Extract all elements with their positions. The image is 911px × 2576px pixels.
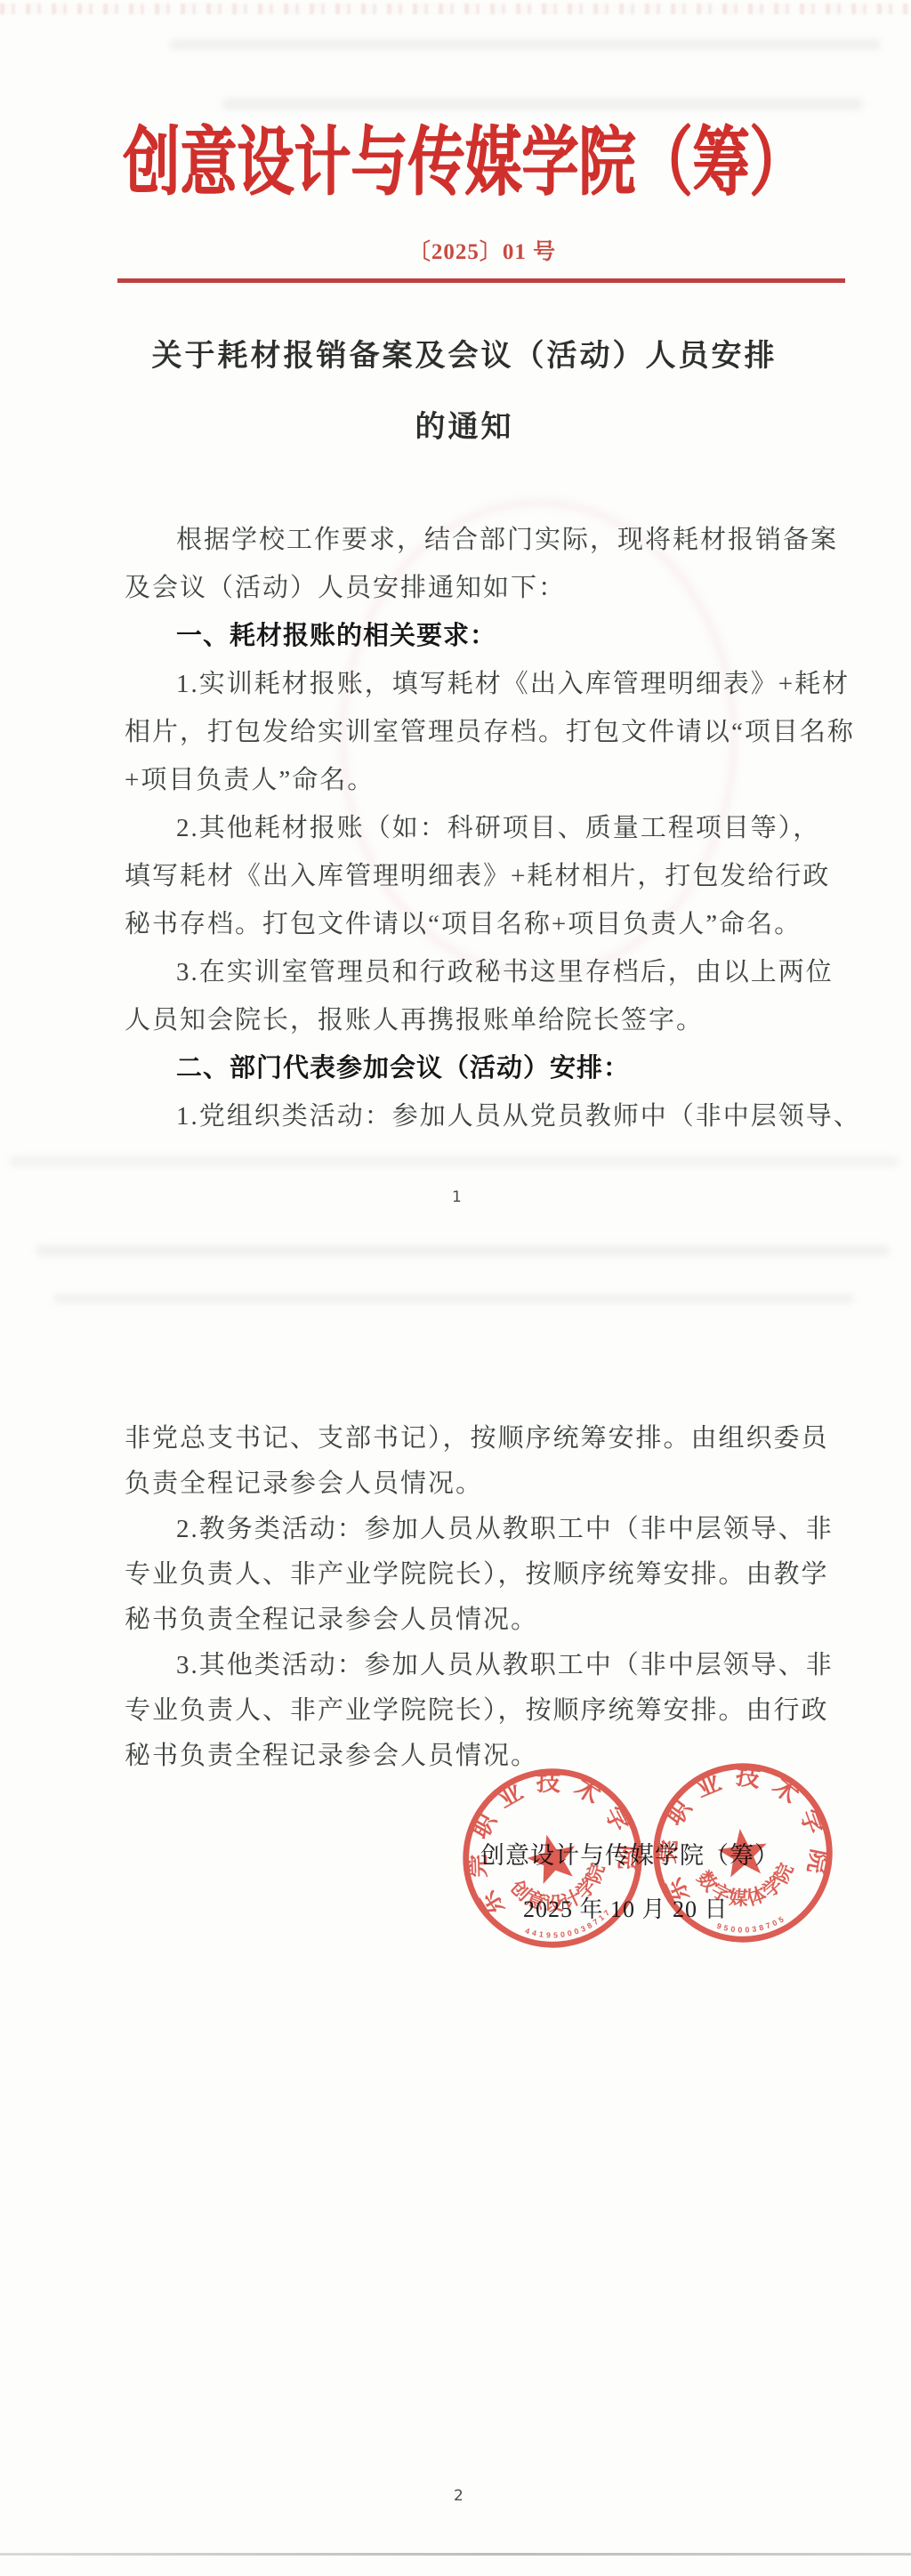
body-line: 非党总支书记、支部书记），按顺序统筹安排。由组织委员 bbox=[125, 1423, 829, 1453]
body-line: 1.实训耗材报账，填写耗材《出入库管理明细表》+耗材 bbox=[176, 669, 850, 699]
scan-smudge bbox=[53, 1294, 854, 1303]
letterhead-org-title: 创意设计与传媒学院（筹） bbox=[18, 125, 911, 199]
document-canvas: 创意设计与传媒学院（筹） 〔2025〕01 号 关于耗材报销备案及会议（活动）人… bbox=[0, 0, 911, 2576]
body-line: 秘书负责全程记录参会人员情况。 bbox=[125, 1741, 538, 1771]
body-line: 1.党组织类活动：参加人员从党员教师中（非中层领导、 bbox=[176, 1101, 861, 1131]
scan-smudge bbox=[222, 98, 863, 110]
body-line: 2.教务类活动：参加人员从教职工中（非中层领导、非 bbox=[176, 1514, 834, 1544]
body-line: 2.其他耗材报账（如：科研项目、质量工程项目等）， bbox=[176, 813, 820, 843]
body-line: 相片，打包发给实训室管理员存档。打包文件请以“项目名称 bbox=[125, 717, 855, 747]
official-stamp-digital-media: 东莞职业技术学院 数字媒体学院 9500038705 bbox=[637, 1747, 849, 1959]
body-line: 3.其他类活动：参加人员从教职工中（非中层领导、非 bbox=[176, 1650, 834, 1680]
scan-smudge bbox=[36, 1245, 890, 1256]
scan-smudge bbox=[169, 39, 881, 50]
body-line: 人员知会院长，报账人再携报账单给院长签字。 bbox=[125, 1005, 704, 1035]
body-line: 秘书负责全程记录参会人员情况。 bbox=[125, 1605, 538, 1635]
document-title-line1: 关于耗材报销备案及会议（活动）人员安排 bbox=[18, 331, 911, 374]
official-stamp-creative-design: 东莞职业技术学院 创意设计学院 4419500038717 bbox=[437, 1743, 667, 1973]
scan-smudge bbox=[9, 1156, 899, 1167]
body-line: 及会议（活动）人员安排通知如下： bbox=[125, 573, 566, 603]
body-line: 负责全程记录参会人员情况。 bbox=[125, 1469, 483, 1499]
body-line: 根据学校工作要求，结合部门实际，现将耗材报销备案 bbox=[176, 525, 838, 555]
stamp-star-icon bbox=[523, 1829, 583, 1887]
scan-noise-band bbox=[0, 4, 911, 14]
body-line: 填写耗材《出入库管理明细表》+耗材相片，打包发给行政 bbox=[125, 861, 830, 891]
body-line: 3.在实训室管理员和行政秘书这里存档后，由以上两位 bbox=[176, 957, 834, 987]
document-title-line2: 的通知 bbox=[18, 402, 911, 446]
page-number: 1 bbox=[452, 1188, 462, 1206]
letterhead-rule bbox=[117, 278, 845, 283]
body-line: +项目负责人”命名。 bbox=[125, 765, 375, 795]
stamp-star-icon bbox=[715, 1826, 770, 1879]
section-heading: 二、部门代表参加会议（活动）安排： bbox=[176, 1053, 630, 1083]
section-heading: 一、耗材报账的相关要求： bbox=[176, 621, 496, 651]
page-number: 2 bbox=[454, 2487, 464, 2505]
body-line: 秘书存档。打包文件请以“项目名称+项目负责人”命名。 bbox=[125, 909, 802, 939]
body-line: 专业负责人、非产业学院院长），按顺序统筹安排。由教学 bbox=[125, 1559, 829, 1590]
document-number: 〔2025〕01 号 bbox=[37, 234, 911, 266]
scan-bottom-edge bbox=[0, 2553, 911, 2556]
body-line: 专业负责人、非产业学院院长），按顺序统筹安排。由行政 bbox=[125, 1695, 829, 1726]
